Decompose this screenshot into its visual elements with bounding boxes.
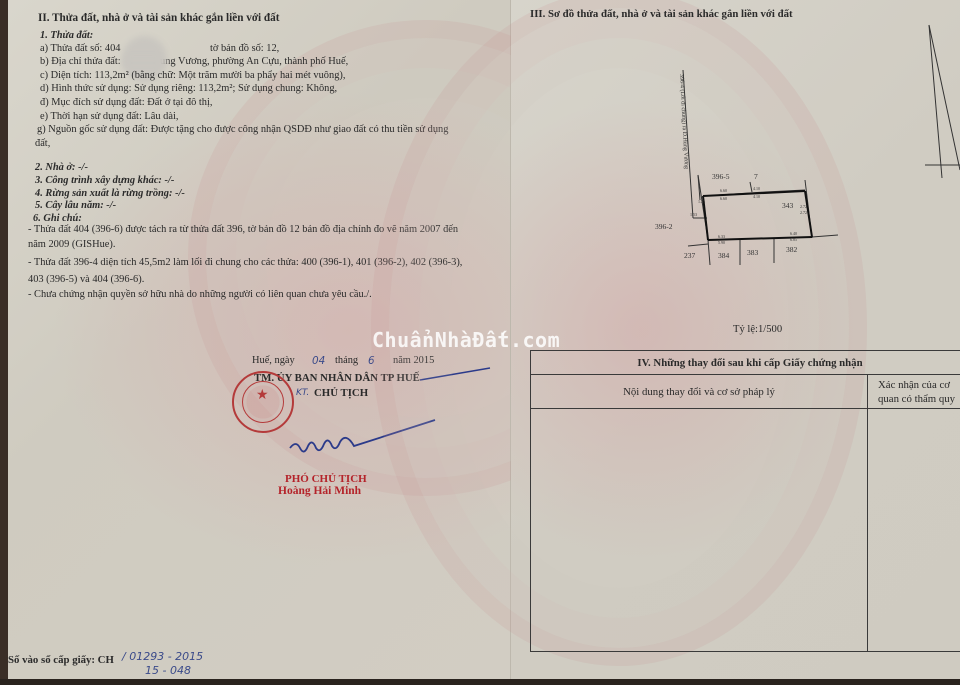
changes-col-content: Nội dung thay đổi và cơ sở pháp lý <box>531 375 868 409</box>
svg-text:2.72: 2.72 <box>800 204 807 209</box>
svg-text:2.72: 2.72 <box>800 210 807 215</box>
changes-col-confirmation: Xác nhận của cơquan có thẩm quy <box>868 375 960 409</box>
redacted-area <box>124 56 162 70</box>
registry-label: Số vào sổ cấp giấy: CH <box>8 653 114 668</box>
svg-text:396-2: 396-2 <box>655 222 673 231</box>
svg-text:6.60: 6.60 <box>720 196 727 201</box>
changes-table-title: IV. Những thay đổi sau khi cấp Giấy chứn… <box>531 351 960 375</box>
land-origin-line2: đất, <box>35 137 50 152</box>
changes-col-confirmation-line2: quan có thẩm quy <box>878 393 955 405</box>
land-address-value: ung Vương, phường An Cựu, thành phố Huế, <box>160 55 348 70</box>
svg-text:384: 384 <box>718 251 730 260</box>
land-usage-form: d) Hình thức sử dụng: Sử dụng riêng: 113… <box>40 82 337 97</box>
svg-text:6.60: 6.60 <box>720 188 727 193</box>
svg-text:5.90: 5.90 <box>718 240 725 245</box>
land-purpose: đ) Mục đích sử dụng đất: Đất ở tại đô th… <box>40 96 212 111</box>
svg-text:237: 237 <box>684 251 696 260</box>
changes-col-confirmation-line1: Xác nhận của cơ <box>878 379 950 391</box>
svg-text:4.10: 4.10 <box>753 186 760 191</box>
land-origin-line1: g) Nguồn gốc sử dụng đất: Được tặng cho … <box>37 123 448 138</box>
svg-text:1.53: 1.53 <box>690 212 697 217</box>
registry-book: 15 - 048 <box>145 664 191 679</box>
parcel-diagram: 396-4 (Lối đi chung) ra Đ.Hùng Vương 396… <box>640 60 840 290</box>
svg-text:6.33: 6.33 <box>718 234 725 239</box>
svg-text:4.10: 4.10 <box>753 194 760 199</box>
north-arrow-icon <box>920 20 960 185</box>
changes-table: IV. Những thay đổi sau khi cấp Giấy chứn… <box>530 350 960 652</box>
svg-text:6.40: 6.40 <box>790 231 797 236</box>
svg-text:383: 383 <box>747 248 759 257</box>
registry-number: / 01293 - 2015 <box>122 650 203 665</box>
changes-confirmation-cell <box>868 409 960 652</box>
svg-text:343: 343 <box>782 201 794 210</box>
road-label: 396-4 (Lối đi chung) ra Đ.Hùng Vương <box>678 74 690 169</box>
svg-text:396-5: 396-5 <box>712 172 730 181</box>
signer-name: Hoàng Hải Minh <box>278 484 361 499</box>
section-iii-title: III. Sơ đồ thửa đất, nhà ở và tài sản kh… <box>530 8 793 20</box>
svg-text:382: 382 <box>786 245 798 254</box>
svg-text:7: 7 <box>754 172 758 181</box>
watermark: ChuẩnNhàĐất.com <box>372 328 560 352</box>
section-ii-title: II. Thửa đất, nhà ở và tài sản khác gắn … <box>38 12 279 24</box>
changes-content-cell <box>531 409 868 652</box>
svg-text:1.25: 1.25 <box>698 199 705 204</box>
note-line: 403 (396-5) và 404 (396-6). <box>28 273 144 288</box>
photo-bottom-edge <box>0 679 960 685</box>
land-address-label: b) Địa chỉ thửa đất: <box>40 55 121 70</box>
note-line: - Chưa chứng nhận quyền sở hữu nhà do nh… <box>28 288 372 303</box>
note-line: năm 2009 (GISHue). <box>28 238 115 253</box>
svg-text:6.85: 6.85 <box>790 237 797 242</box>
map-scale: Tỷ lệ:1/500 <box>733 324 782 335</box>
